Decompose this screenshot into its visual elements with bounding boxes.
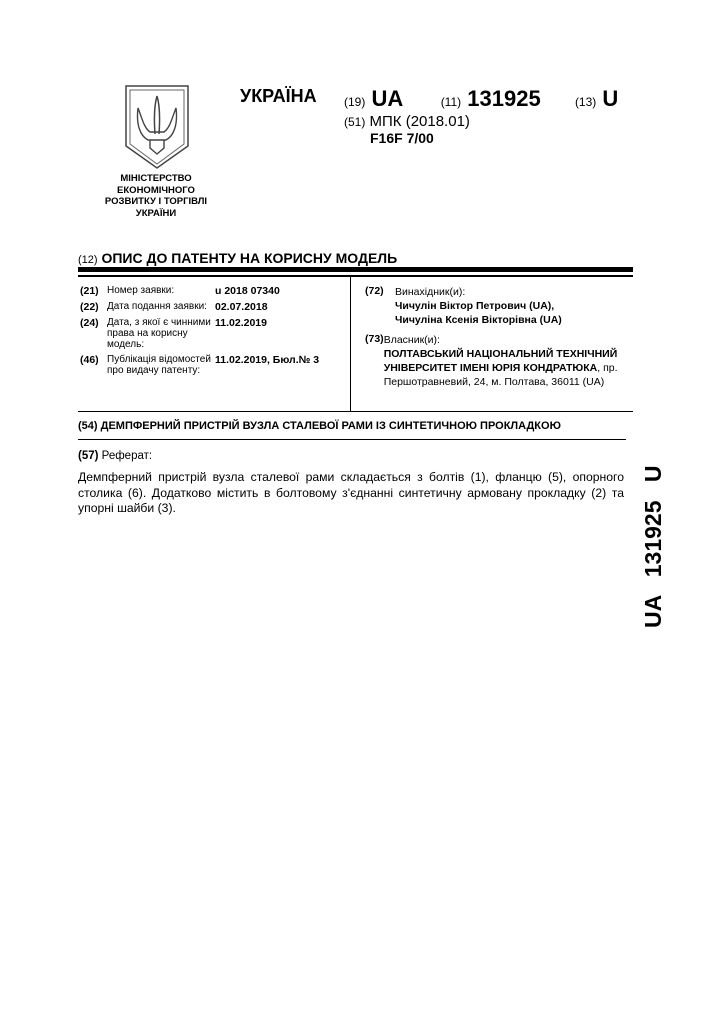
biblio-row: (21) Номер заявки: u 2018 07340 <box>80 285 345 297</box>
column-divider <box>350 277 351 412</box>
biblio-row: (46) Публікація відомостей про видачу па… <box>80 354 345 376</box>
abstract-text: Демпферний пристрій вузла сталевої рами … <box>78 470 624 517</box>
bibliographic-data: (21) Номер заявки: u 2018 07340 (22) Дат… <box>80 285 345 380</box>
kind-code: U <box>602 86 618 111</box>
owner: (73) Власник(и): ПОЛТАВСЬКИЙ НАЦІОНАЛЬНИ… <box>365 333 630 389</box>
divider <box>78 267 633 272</box>
divider <box>78 275 633 277</box>
inventors: (72) Винахідник(и): Чичулін Віктор Петро… <box>365 285 630 327</box>
ipc-label: (51) МПК (2018.01) <box>344 113 470 130</box>
ministry-name: МІНІСТЕРСТВО ЕКОНОМІЧНОГО РОЗВИТКУ І ТОР… <box>98 173 214 219</box>
ipc-class: F16F 7/00 <box>370 130 434 146</box>
abstract-label: (57) Реферат: <box>78 450 152 462</box>
divider <box>78 439 626 440</box>
country-name: УКРАЇНА <box>240 86 317 107</box>
side-patent-label: UA 131925 U <box>640 465 667 628</box>
country-code: UA <box>371 86 402 111</box>
patent-number: 131925 <box>467 86 540 111</box>
patent-identifiers: (19) UA (11) 131925 (13) U <box>344 86 618 112</box>
coat-of-arms-icon <box>124 84 190 170</box>
divider <box>78 411 633 412</box>
biblio-row: (22) Дата подання заявки: 02.07.2018 <box>80 301 345 313</box>
inventors-owners: (72) Винахідник(и): Чичулін Віктор Петро… <box>365 285 630 395</box>
owner-name: ПОЛТАВСЬКИЙ НАЦІОНАЛЬНИЙ ТЕХНІЧНИЙ УНІВЕ… <box>384 348 618 374</box>
biblio-row: (24) Дата, з якої є чинними права на кор… <box>80 317 345 350</box>
document-title: (12) ОПИС ДО ПАТЕНТУ НА КОРИСНУ МОДЕЛЬ <box>78 250 397 266</box>
utility-model-title: (54) ДЕМПФЕРНИЙ ПРИСТРІЙ ВУЗЛА СТАЛЕВОЇ … <box>78 420 561 432</box>
